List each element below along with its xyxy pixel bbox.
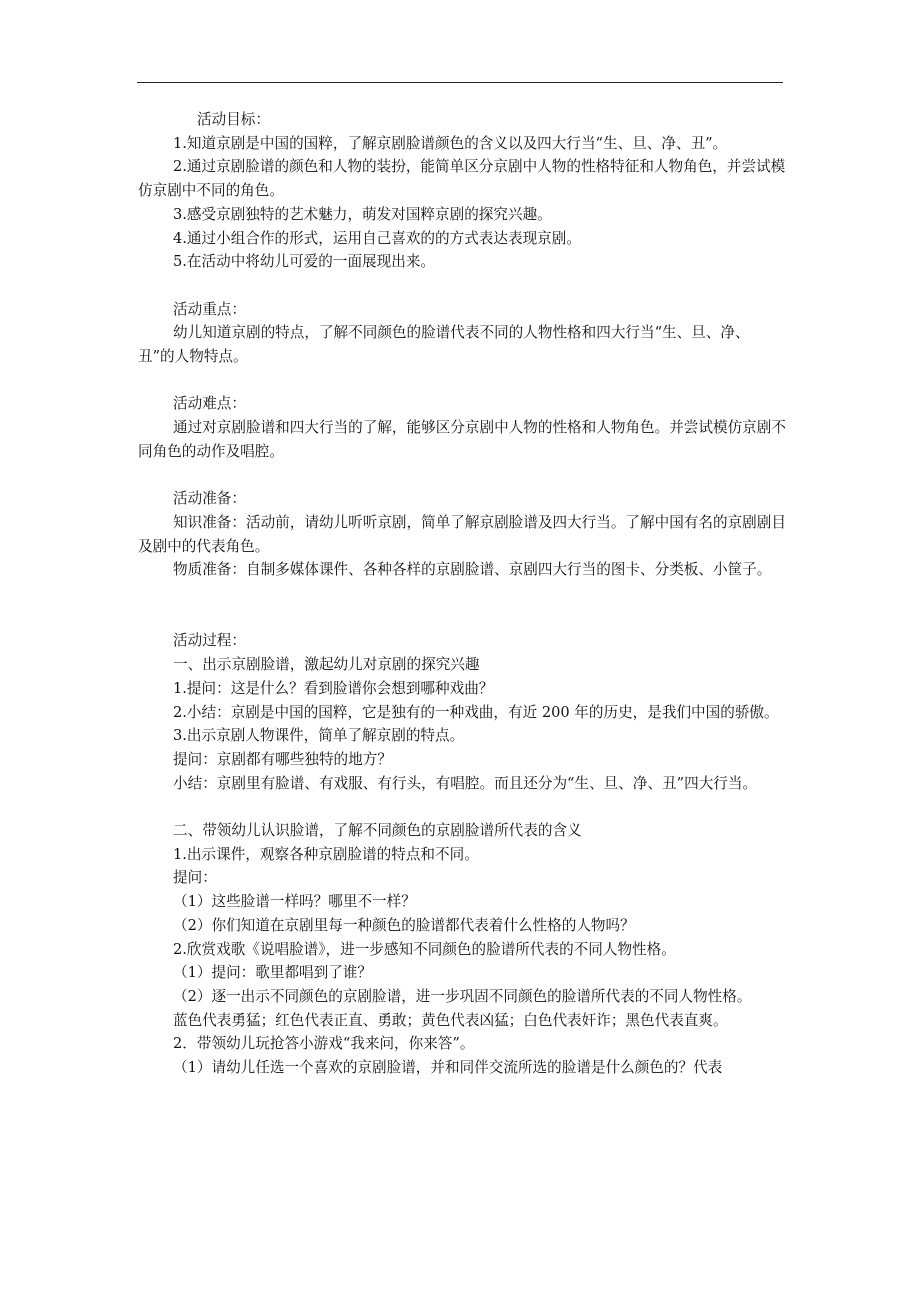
process-step-1-courseware: 3.出示京剧人物课件，简单了解京剧的特点。 xyxy=(138,724,786,748)
process-step-2-question-1: （1）这些脸谱一样吗？哪里不一样？ xyxy=(138,890,786,914)
section-heading-goals: 活动目标： xyxy=(138,108,786,132)
process-step-2-question-2: （2）你们知道在京剧里每一种颜色的脸谱都代表着什么性格的人物吗？ xyxy=(138,914,786,938)
key-points-text: 幼儿知道京剧的特点，了解不同颜色的脸谱代表不同的人物性格和四大行当“生、旦、净、… xyxy=(138,321,786,368)
process-step-2-song-question-2: （2）逐一出示不同颜色的京剧脸谱，进一步巩固不同颜色的脸谱所代表的不同人物性格。 xyxy=(138,985,786,1009)
spacer xyxy=(138,582,786,606)
goal-item-2: 2.通过京剧脸谱的颜色和人物的装扮，能简单区分京剧中人物的性格特征和人物角色，并… xyxy=(138,155,786,202)
knowledge-preparation: 知识准备：活动前，请幼儿听听京剧，简单了解京剧脸谱及四大行当。了解中国有名的京剧… xyxy=(138,511,786,558)
process-step-1-question-2: 提问：京剧都有哪些独特的地方？ xyxy=(138,748,786,772)
section-heading-process: 活动过程： xyxy=(138,629,786,653)
material-preparation: 物质准备：自制多媒体课件、各种各样的京剧脸谱、京剧四大行当的图卡、分类板、小筐子… xyxy=(138,558,786,582)
spacer xyxy=(138,606,786,630)
process-step-2-game-item-1: （1）请幼儿任选一个喜欢的京剧脸谱，并和同伴交流所选的脸谱是什么颜色的？代表 xyxy=(138,1056,786,1080)
process-step-1-title: 一、出示京剧脸谱，激起幼儿对京剧的探究兴趣 xyxy=(138,653,786,677)
process-step-1-question: 1.提问：这是什么？看到脸谱你会想到哪种戏曲？ xyxy=(138,677,786,701)
goal-item-4: 4.通过小组合作的形式，运用自己喜欢的的方式表达表现京剧。 xyxy=(138,227,786,251)
process-step-2-game: 2．带领幼儿玩抢答小游戏“我来问，你来答”。 xyxy=(138,1032,786,1056)
document-body: 活动目标： 1.知道京剧是中国的国粹，了解京剧脸谱颜色的含义以及四大行当“生、旦… xyxy=(138,108,786,1080)
process-step-2-question-label: 提问： xyxy=(138,866,786,890)
difficulties-text: 通过对京剧脸谱和四大行当的了解，能够区分京剧中人物的性格和人物角色。并尝试模仿京… xyxy=(138,416,786,463)
spacer xyxy=(138,274,786,298)
process-step-1-summary: 2.小结：京剧是中国的国粹，它是独有的一种戏曲，有近 200 年的历史，是我们中… xyxy=(138,701,786,725)
goal-item-3: 3.感受京剧独特的艺术魅力，萌发对国粹京剧的探究兴趣。 xyxy=(138,203,786,227)
process-step-2-courseware: 1.出示课件，观察各种京剧脸谱的特点和不同。 xyxy=(138,843,786,867)
goal-item-1: 1.知道京剧是中国的国粹，了解京剧脸谱颜色的含义以及四大行当“生、旦、净、丑”。 xyxy=(138,132,786,156)
section-heading-preparation: 活动准备： xyxy=(138,487,786,511)
process-step-2-song: 2.欣赏戏歌《说唱脸谱》，进一步感知不同颜色的脸谱所代表的不同人物性格。 xyxy=(138,938,786,962)
spacer xyxy=(138,795,786,819)
goal-item-5: 5.在活动中将幼儿可爱的一面展现出来。 xyxy=(138,250,786,274)
process-step-2-title: 二、带领幼儿认识脸谱，了解不同颜色的京剧脸谱所代表的含义 xyxy=(138,819,786,843)
header-rule xyxy=(137,82,783,83)
process-step-1-summary-2: 小结：京剧里有脸谱、有戏服、有行头，有唱腔。而且还分为“生、旦、净、丑”四大行当… xyxy=(138,772,786,796)
spacer xyxy=(138,369,786,393)
section-heading-difficulties: 活动难点： xyxy=(138,392,786,416)
section-heading-key-points: 活动重点： xyxy=(138,298,786,322)
spacer xyxy=(138,464,786,488)
process-step-2-song-question-1: （1）提问：歌里都唱到了谁？ xyxy=(138,961,786,985)
color-meanings: 蓝色代表勇猛；红色代表正直、勇敢；黄色代表凶猛；白色代表奸诈；黑色代表直爽。 xyxy=(138,1009,786,1033)
